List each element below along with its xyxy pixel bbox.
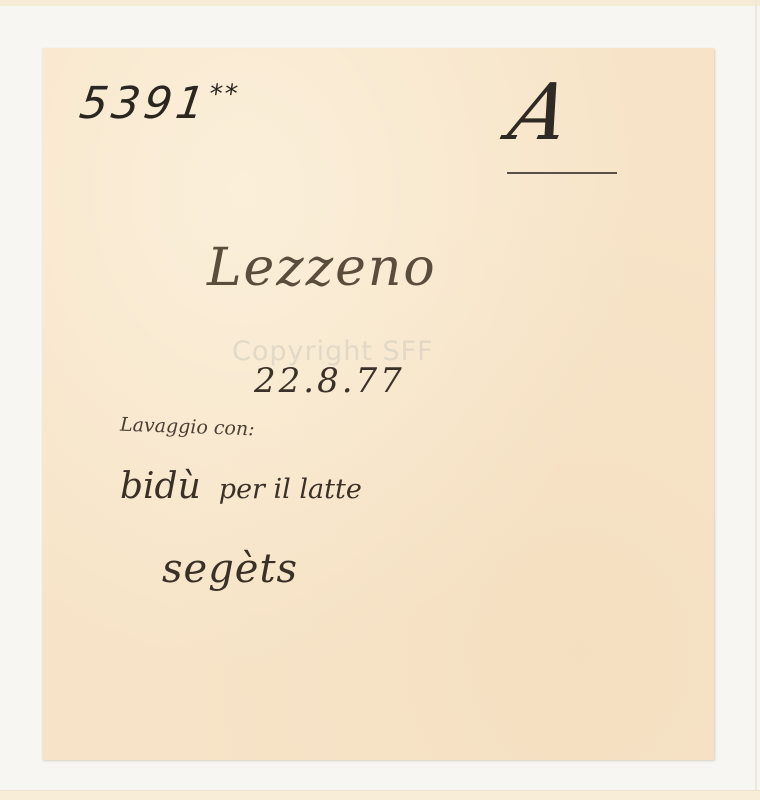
locality: Lezzeno bbox=[207, 238, 437, 298]
copyright-watermark: Copyright SFF bbox=[232, 336, 434, 367]
catalog-marks: ** bbox=[207, 79, 241, 109]
note-heading: Lavaggio con: bbox=[120, 414, 255, 441]
note-item: bidùper il latte bbox=[120, 466, 362, 507]
mount-bottom-strip bbox=[0, 790, 760, 800]
note-item: segèts bbox=[162, 546, 298, 592]
catalog-number-value: 5391 bbox=[76, 78, 211, 129]
note-item-main: bidù bbox=[120, 466, 201, 507]
specimen-label-paper: 5391** A Lezzeno 22.8.77 Lavaggio con: b… bbox=[42, 48, 714, 760]
note-item-main: segèts bbox=[162, 546, 298, 592]
note-item-detail: per il latte bbox=[219, 474, 362, 505]
grade-letter: A bbox=[501, 68, 580, 158]
mount-top-strip bbox=[0, 0, 760, 6]
mount-edge bbox=[755, 0, 757, 800]
grade-underline bbox=[507, 172, 617, 174]
catalog-number: 5391** bbox=[76, 78, 241, 129]
collection-date: 22.8.77 bbox=[254, 361, 405, 401]
